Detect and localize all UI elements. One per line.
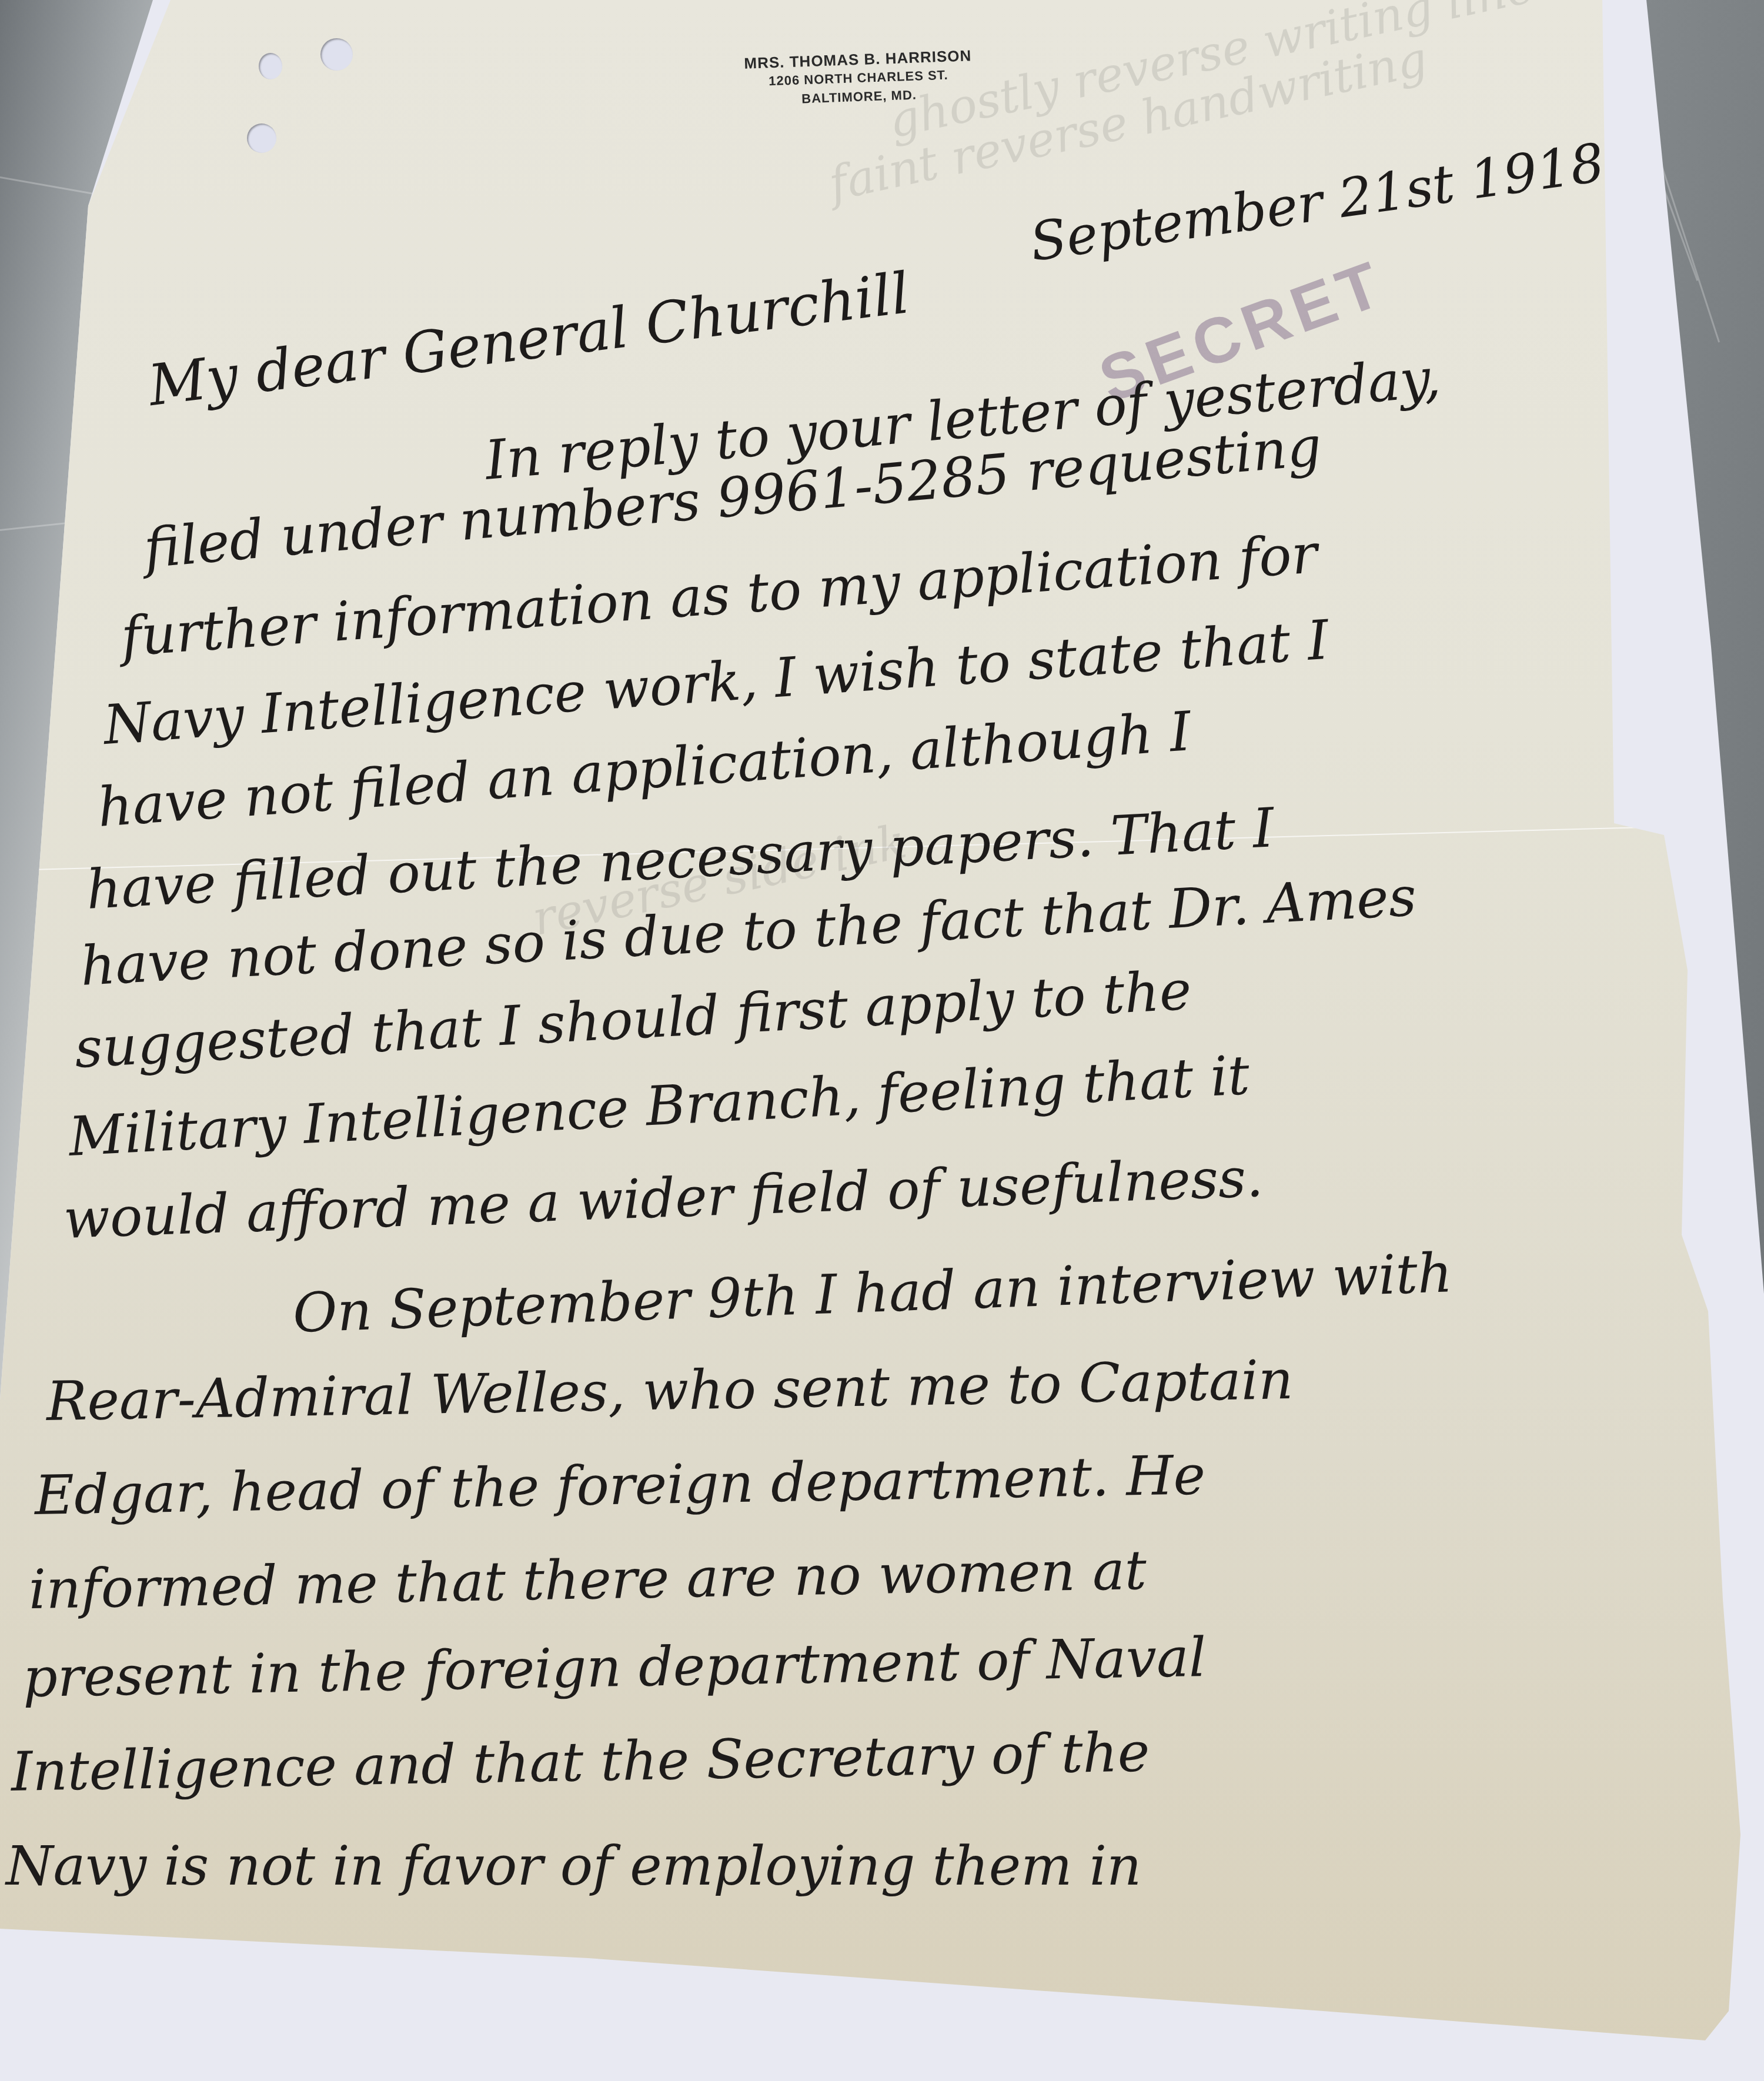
body-line: present in the foreign department of Nav… xyxy=(22,1626,1207,1709)
body-line: Intelligence and that the Secretary of t… xyxy=(11,1721,1150,1803)
letterhead: MRS. THOMAS B. HARRISON 1206 NORTH CHARL… xyxy=(693,44,1024,112)
body-line: Rear-Admiral Welles, who sent me to Capt… xyxy=(46,1348,1294,1433)
body-line: informed me that there are no women at xyxy=(28,1539,1147,1621)
body-line: would afford me a wider field of usefuln… xyxy=(62,1146,1264,1251)
punch-hole xyxy=(259,53,282,79)
body-line: On September 9th I had an interview with xyxy=(292,1241,1454,1345)
letter-page: ghostly reverse writing lines faint reve… xyxy=(0,0,1764,2081)
body-line: Edgar, head of the foreign department. H… xyxy=(34,1444,1206,1527)
punch-hole xyxy=(247,123,276,153)
body-line: Navy is not in favor of employing them i… xyxy=(6,1835,1141,1898)
salutation: My dear General Churchill xyxy=(145,260,913,419)
punch-hole xyxy=(320,38,353,71)
